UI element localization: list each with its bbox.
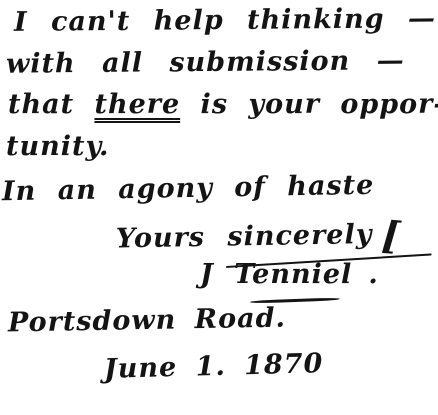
line3-prefix-text: that	[8, 89, 94, 120]
closing-bracket-flourish: [	[381, 214, 404, 257]
letter-line-submission: with all submission —	[6, 46, 405, 79]
letter-line-tunity: tunity.	[6, 132, 109, 162]
signature-line: J Tenniel.	[200, 260, 379, 290]
date-line: June 1. 1870	[104, 349, 324, 384]
letter-closing-line: Yours sincerely[	[116, 215, 402, 262]
letter-line-opportunity: that there is your oppor-	[8, 90, 438, 120]
closing-text: Yours sincerely	[116, 219, 373, 254]
line3-suffix-text: is your oppor-	[180, 89, 438, 120]
signature-period: .	[368, 259, 378, 290]
address-line: Portsdown Road.	[8, 304, 286, 339]
handwritten-letter-page: I can't help thinking — with all submiss…	[0, 0, 438, 415]
letter-line-opening: I can't help thinking —	[14, 4, 436, 37]
letter-line-haste: In an agony of haste	[2, 171, 375, 207]
line3-emphasized-word: there	[94, 89, 180, 120]
